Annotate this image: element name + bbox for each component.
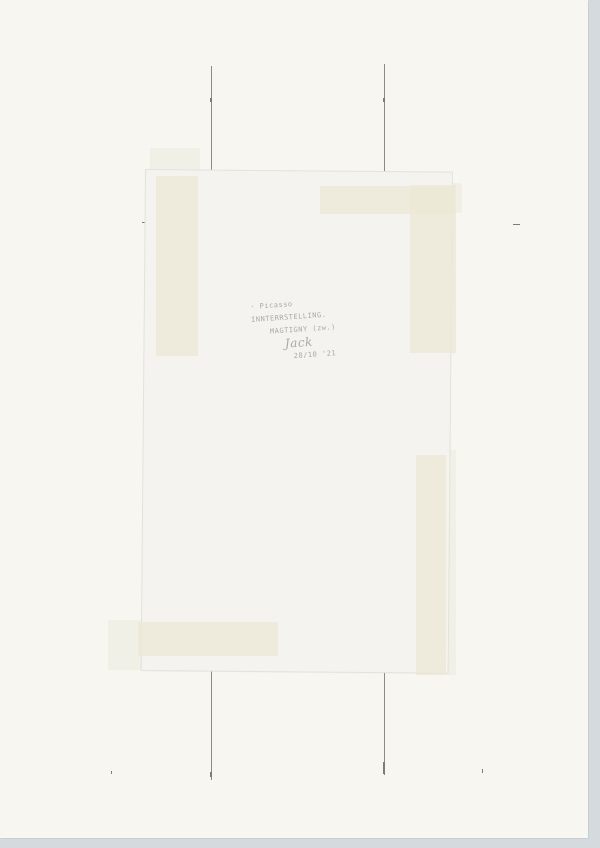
- tick-mark: [482, 769, 483, 773]
- tick-mark: [513, 224, 520, 225]
- handwritten-note: · Picasso INNTERRSTELLING. MAGTIGNY (zw.…: [250, 295, 338, 366]
- tape-piece: [156, 176, 198, 356]
- tick-mark: [383, 762, 385, 774]
- tick-mark: [111, 771, 112, 774]
- tick-mark: [210, 772, 212, 777]
- tape-piece: [410, 185, 456, 353]
- tape-piece: [416, 455, 446, 675]
- tick-mark: [210, 98, 212, 102]
- tape-piece: [138, 622, 278, 656]
- tick-mark: [383, 98, 385, 102]
- paper-sheet: · Picasso INNTERRSTELLING. MAGTIGNY (zw.…: [0, 0, 588, 838]
- guide-line-left-top: [211, 66, 212, 176]
- guide-line-right-top: [384, 64, 385, 178]
